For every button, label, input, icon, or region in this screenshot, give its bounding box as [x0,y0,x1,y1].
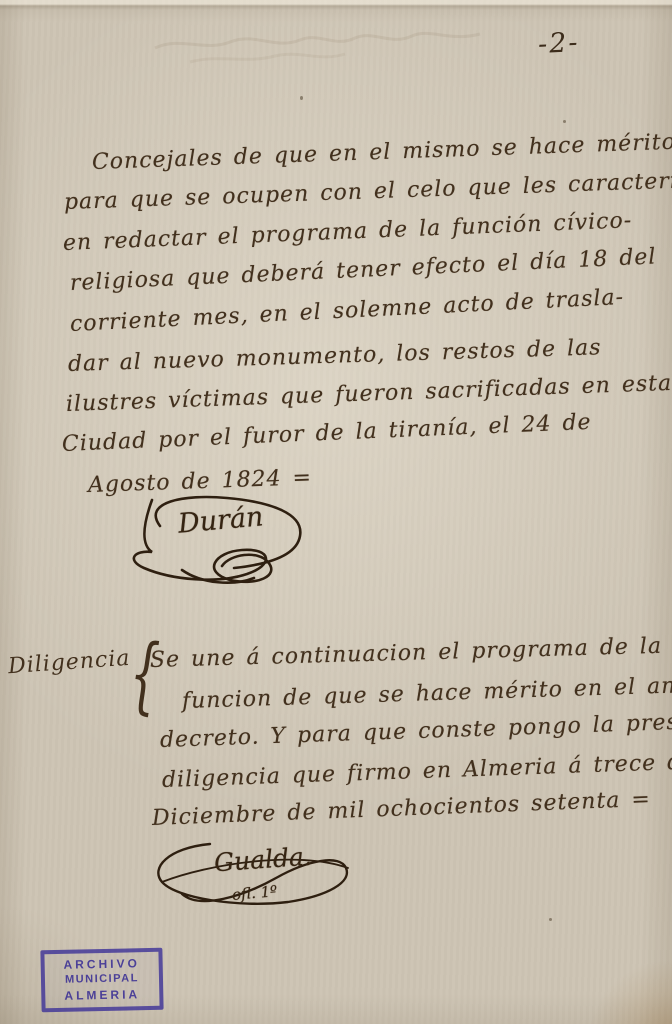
paper-speck [300,96,303,100]
diligencia-line: funcion de que se hace mérito en el ante… [182,671,672,714]
decree-line: Concejales de que en el mismo se hace mé… [92,129,672,175]
diligencia-margin-label: Diligencia [7,646,131,679]
stamp-line: MUNICIPAL [65,972,139,987]
archive-stamp: ARCHIVO MUNICIPAL ALMERIA [40,948,163,1013]
ink-showthrough-decoration [150,18,490,68]
paper-speck [563,120,566,123]
decree-line: dar al nuevo monumento, los restos de la… [68,335,602,377]
stamp-line: ALMERIA [64,987,140,1004]
diligencia-line: diligencia que firmo en Almeria á trece … [162,749,672,793]
decree-line: para que se ocupen con el celo que les c… [64,167,672,215]
diligencia-line: Se une á continuacion el programa de la [150,634,663,673]
manuscript-page: -2- Concejales de que en el mismo se hac… [0,0,672,1024]
diligencia-line: decreto. Y para que conste pongo la pres… [160,708,672,753]
diligencia-brace: { [128,630,161,718]
decree-line: corriente mes, en el solemne acto de tra… [69,285,624,337]
diligencia-line: Diciembre de mil ochocientos setenta = [152,787,652,831]
decree-line: Ciudad por el furor de la tiranía, el 24… [61,410,592,457]
paper-speck [549,918,552,921]
stamp-line: ARCHIVO [63,956,140,973]
page-number: -2- [537,27,580,60]
